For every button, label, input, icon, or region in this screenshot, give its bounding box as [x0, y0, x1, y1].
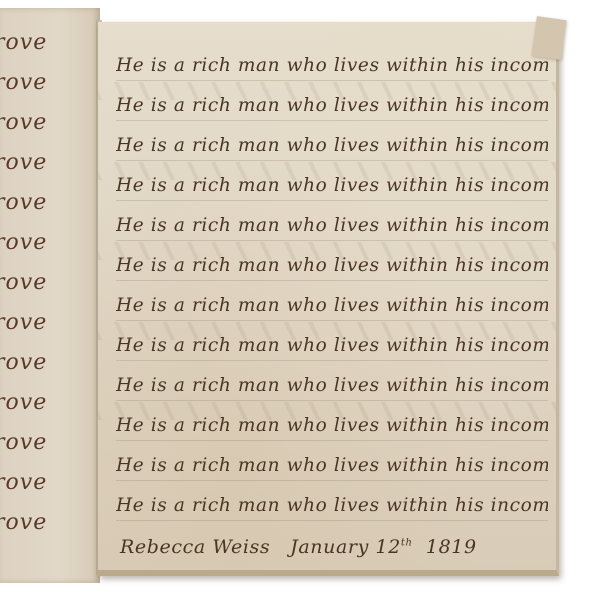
- copy-line: He is a rich man who lives within his in…: [116, 160, 548, 201]
- left-line: rove: [0, 390, 94, 415]
- signature-name: Rebecca Weiss: [120, 536, 270, 558]
- copy-line: He is a rich man who lives within his in…: [116, 320, 548, 361]
- copy-line: He is a rich man who lives within his in…: [116, 360, 548, 401]
- signature-line: Rebecca Weiss January 12th 1819: [120, 536, 477, 558]
- right-page: He is a rich man who lives within his in…: [98, 22, 559, 576]
- left-page: rove rove rove rove rove rove rove rove …: [0, 8, 100, 583]
- left-line: rove: [0, 230, 94, 255]
- signature-date: January 12: [290, 536, 401, 558]
- copy-line: He is a rich man who lives within his in…: [116, 440, 548, 481]
- left-line: rove: [0, 190, 94, 215]
- left-line: rove: [0, 470, 94, 495]
- left-line: rove: [0, 430, 94, 455]
- copy-line: He is a rich man who lives within his in…: [116, 80, 548, 121]
- left-line: rove: [0, 270, 94, 295]
- left-line: rove: [0, 70, 94, 95]
- copy-line: He is a rich man who lives within his in…: [116, 280, 548, 321]
- left-line: rove: [0, 150, 94, 175]
- copy-line: He is a rich man who lives within his in…: [116, 480, 548, 521]
- left-line: rove: [0, 30, 94, 55]
- copy-line: He is a rich man who lives within his in…: [116, 40, 548, 81]
- copy-line: He is a rich man who lives within his in…: [116, 200, 548, 241]
- date-suffix: th: [401, 538, 413, 549]
- copy-line: He is a rich man who lives within his in…: [116, 400, 548, 441]
- left-line: rove: [0, 350, 94, 375]
- left-line: rove: [0, 310, 94, 335]
- left-line: rove: [0, 110, 94, 135]
- signature-year: 1819: [426, 536, 477, 558]
- left-line: rove: [0, 510, 94, 535]
- copy-line: He is a rich man who lives within his in…: [116, 240, 548, 281]
- copy-line: He is a rich man who lives within his in…: [116, 120, 548, 161]
